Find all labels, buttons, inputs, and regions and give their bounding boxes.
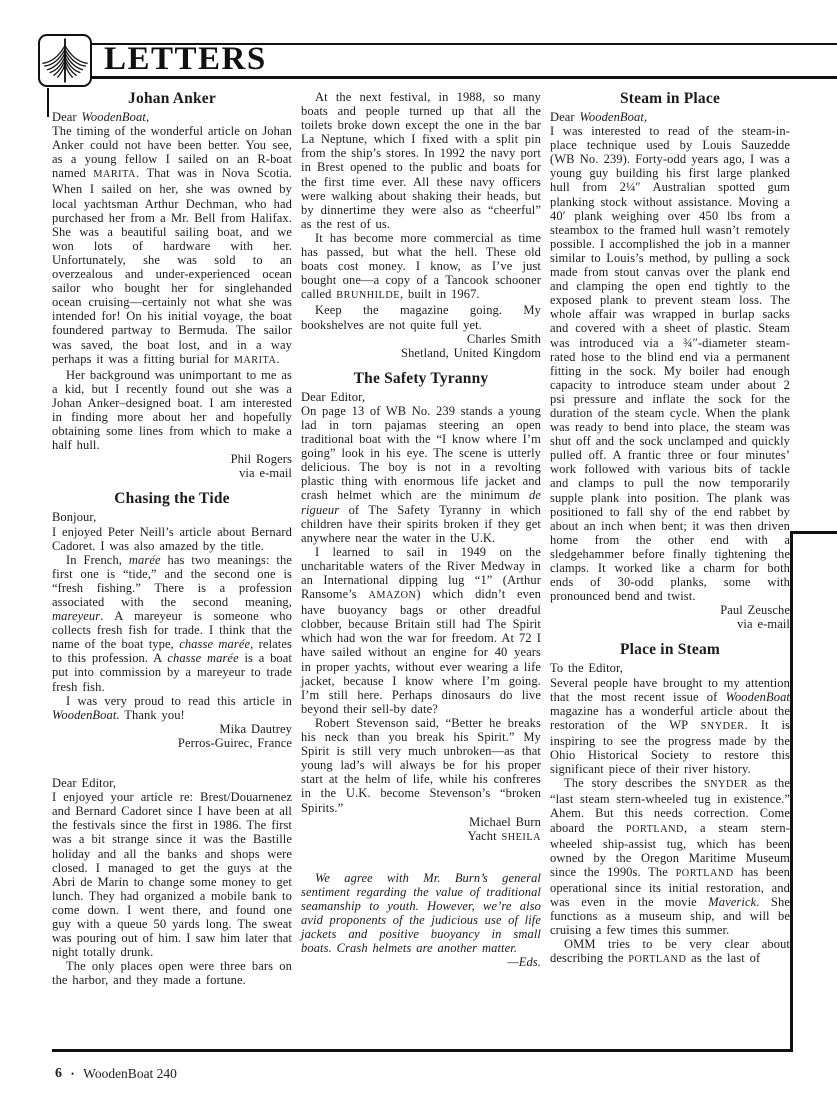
smallcaps-text: AMAZON [368,590,416,601]
letter-paragraph: Her background was unimportant to me as … [52,368,292,453]
signature-line: Charles Smith [301,332,541,346]
signature-line: via e-mail [550,617,790,631]
page-number: 6 [55,1066,62,1082]
letter-paragraph: Dear Editor, [52,776,292,790]
letter-paragraph: I enjoyed Peter Neill’s article about Be… [52,525,292,553]
letter-paragraph: OMM tries to be very clear about describ… [550,937,790,967]
letter-heading: Chasing the Tide [52,490,292,507]
signature-line: Michael Burn [301,815,541,829]
letter-paragraph: On page 13 of WB No. 239 stands a young … [301,404,541,545]
letter-paragraph: In French, marée has two meanings: the f… [52,553,292,694]
letters-column-1: Johan AnkerDear WoodenBoat,The timing of… [52,90,292,1047]
italic-text: WoodenBoat [52,708,116,722]
italic-text: Maverick [708,895,756,909]
letter-heading: The Safety Tyranny [301,370,541,387]
letter-paragraph: Bonjour, [52,510,292,524]
signature-line: —Eds. [301,955,541,969]
smallcaps-text: PORTLAND [628,954,686,965]
letter-heading: Steam in Place [550,90,790,107]
logo-tick-rule [47,88,49,117]
signature: —Eds. [301,955,541,969]
footer-rule [52,1049,793,1052]
letter-heading: Place in Steam [550,641,790,658]
letter-paragraph: I enjoyed your article re: Brest/Douarne… [52,790,292,959]
letters-column-2: At the next festival, in 1988, so many b… [301,90,541,1047]
letter-paragraph: The story describes the SNYDER as the “l… [550,776,790,937]
woodenboat-logo [38,34,92,87]
footer: 6 • WoodenBoat 240 [55,1066,177,1082]
italic-text: mareyeur [52,609,100,623]
italic-text: chasse marée [167,651,238,665]
boat-hull-lines-icon [40,36,90,85]
adjacent-page-border-top [790,531,837,534]
letters-column-3: Steam in PlaceDear WoodenBoat,I was inte… [550,90,790,1047]
letter-paragraph: To the Editor, [550,661,790,675]
smallcaps-text: SNYDER [701,721,745,732]
letter-paragraph: At the next festival, in 1988, so many b… [301,90,541,231]
bullet-separator-icon: • [71,1069,74,1079]
letter-paragraph: I learned to sail in 1949 on the unchari… [301,545,541,716]
adjacent-page-border-side [790,531,793,1052]
smallcaps-text: SNYDER [704,779,748,790]
letter-paragraph: Dear WoodenBoat, [52,110,292,124]
letter-paragraph: Robert Stevenson said, “Better he breaks… [301,716,541,815]
signature-line: Paul Zeusche [550,603,790,617]
italic-text: de rigueur [301,488,541,516]
signature: Paul Zeuschevia e-mail [550,603,790,631]
italic-text: WoodenBoat [726,690,790,704]
signature-line: Perros-Guirec, France [52,736,292,750]
italic-text: WoodenBoat [580,110,644,124]
signature: Charles SmithShetland, United Kingdom [301,332,541,360]
smallcaps-text: PORTLAND [676,868,734,879]
letter-paragraph: I was interested to read of the steam-in… [550,124,790,603]
signature: Phil Rogersvia e-mail [52,452,292,480]
italic-text: marée [129,553,161,567]
letter-paragraph: The only places open were three bars on … [52,959,292,987]
page-title: LETTERS [104,42,267,76]
letter-paragraph: Keep the magazine going. My bookshelves … [301,303,541,331]
letter-paragraph: Dear WoodenBoat, [550,110,790,124]
smallcaps-text: BRUNHILDE [336,290,400,301]
letters-columns: Johan AnkerDear WoodenBoat,The timing of… [52,90,790,1047]
letter-heading: Johan Anker [52,90,292,107]
italic-text: chasse marée [179,637,250,651]
letter-paragraph: I was very proud to read this article in… [52,694,292,722]
italic-text: WoodenBoat [82,110,146,124]
letter-paragraph: The timing of the wonderful article on J… [52,124,292,368]
letter-paragraph: Dear Editor, [301,390,541,404]
signature: Michael BurnYacht SHEILA [301,815,541,845]
signature-line: Mika Dautrey [52,722,292,736]
magazine-title: WoodenBoat 240 [83,1066,177,1082]
signature-line: Phil Rogers [52,452,292,466]
smallcaps-text: SHEILA [502,832,541,843]
letter-paragraph: We agree with Mr. Burn’s general sentime… [301,871,541,956]
signature-line: Shetland, United Kingdom [301,346,541,360]
letter-paragraph: It has become more commercial as time ha… [301,231,541,303]
smallcaps-text: MARITA [93,169,136,180]
signature: Mika DautreyPerros-Guirec, France [52,722,292,750]
smallcaps-text: PORTLAND [626,824,684,835]
signature-line: Yacht SHEILA [301,829,541,845]
signature-line: via e-mail [52,466,292,480]
letter-paragraph: Several people have brought to my attent… [550,676,790,777]
magazine-page: { "header": { "title": "LETTERS" }, "foo… [0,0,837,1120]
smallcaps-text: MARITA [234,355,277,366]
